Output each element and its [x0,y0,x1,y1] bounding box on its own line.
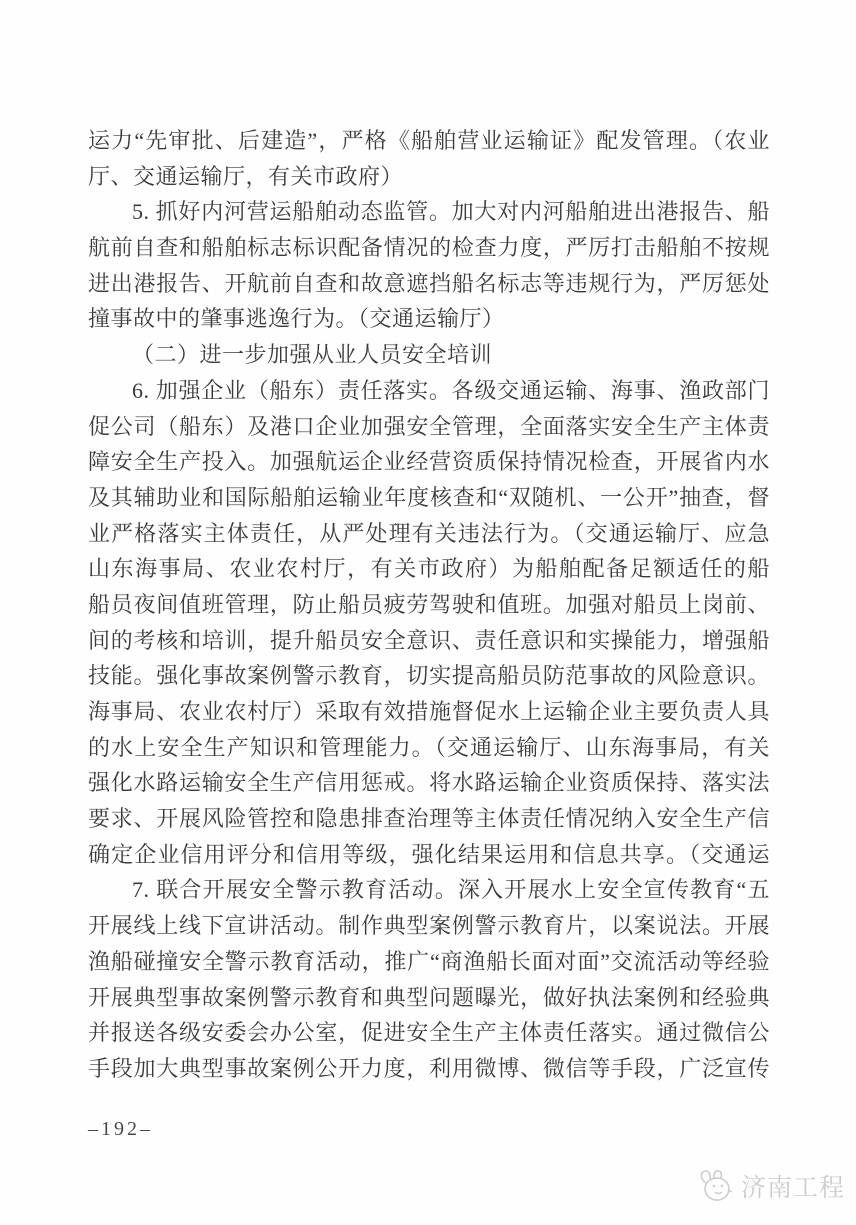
text-line: 航前自查和船舶标志标识配备情况的检查力度，严厉打击船舶不按规定进行 [88,230,770,266]
text-line: 促公司（船东）及港口企业加强安全管理，全面落实安全生产主体责任，保 [88,409,770,445]
text-line: 技能。强化事故案例警示教育，切实提高船员防范事故的风险意识。（山东 [88,658,770,694]
text-line: 船员夜间值班管理，防止船员疲劳驾驶和值班。加强对船员上岗前、任职期 [88,587,770,623]
text-line: 业严格落实主体责任，从严处理有关违法行为。（交通运输厅、应急管理厅、 [88,516,770,552]
text-line: 障安全生产投入。加强航运企业经营资质保持情况检查，开展省内水路运输 [88,444,770,480]
watermark-text: 济南工程 [741,1168,845,1204]
text-line: 海事局、农业农村厅）采取有效措施督促水上运输企业主要负责人具备相应 [88,694,770,730]
text-line: 运力“先审批、后建造”，严格《船舶营业运输证》配发管理。（农业农村 [88,123,770,159]
text-line: 进出港报告、开航前自查和故意遮挡船名标志等违规行为，严厉惩处商船碰 [88,266,770,302]
text-line: 强化水路运输安全生产信用惩戒。将水路运输企业资质保持、落实法律法规 [88,765,770,801]
text-line: 的水上安全生产知识和管理能力。（交通运输厅、山东海事局，有关市政府） [88,730,770,766]
text-line: 开展线上线下宣讲活动。制作典型案例警示教育片，以案说法。开展防范商 [88,908,770,944]
text-line: 及其辅助业和国际船舶运输业年度核查和“双随机、一公开”抽查，督促企 [88,480,770,516]
text-line: （二）进一步加强从业人员安全培训 [88,337,770,373]
watermark: 济南工程 [698,1168,845,1204]
text-line: 并报送各级安委会办公室，促进安全生产主体责任落实。通过微信公众号等 [88,1015,770,1051]
page-number: –192– [88,1118,153,1141]
mascot-face-icon [698,1169,736,1203]
text-line: 要求、开展风险管控和隐患排查治理等主体责任情况纳入安全生产信用评价， [88,801,770,837]
text-line: 6. 加强企业（船东）责任落实。各级交通运输、海事、渔政部门要督 [88,373,770,409]
text-line: 5. 抓好内河营运船舶动态监管。加大对内河船舶进出港报告、船舶开 [88,194,770,230]
document-page: 运力“先审批、后建造”，严格《船舶营业运输证》配发管理。（农业农村厅、交通运输厅… [0,0,856,1225]
text-line: 确定企业信用评分和信用等级，强化结果运用和信息共享。（交通运输厅） [88,837,770,873]
text-line: 厅、交通运输厅，有关市政府） [88,159,770,195]
text-line: 撞事故中的肇事逃逸行为。（交通运输厅） [88,301,770,337]
document-body: 运力“先审批、后建造”，严格《船舶营业运输证》配发管理。（农业农村厅、交通运输厅… [88,123,770,1087]
text-line: 开展典型事故案例警示教育和典型问题曝光，做好执法案例和经验典型总结 [88,980,770,1016]
text-line: 手段加大典型事故案例公开力度，利用微博、微信等手段，广泛宣传海上避 [88,1051,770,1087]
text-line: 间的考核和培训，提升船员安全意识、责任意识和实操能力，增强船员避碰 [88,623,770,659]
text-line: 7. 联合开展安全警示教育活动。深入开展水上安全宣传教育“五进”活动， [88,872,770,908]
text-line: 渔船碰撞安全警示教育活动，推广“商渔船长面对面”交流活动等经验做法。 [88,944,770,980]
text-line: 山东海事局、农业农村厅，有关市政府）为船舶配备足额适任的船员，强化 [88,551,770,587]
